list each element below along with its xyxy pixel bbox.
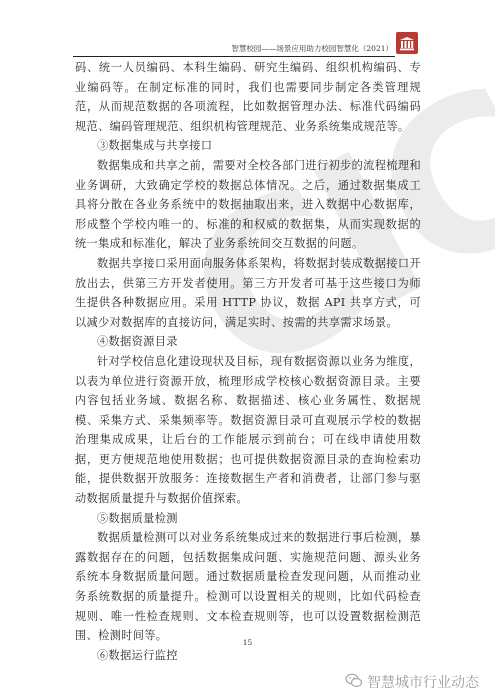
- paragraph: 针对学校信息化建设现状及目标，现有数据资源以业务为维度，以表为单位进行资源开放，…: [75, 352, 421, 509]
- document-body: 码、统一人员编码、本科生编码、研究生编码、组织机构编码、专业编码等。在制定标准的…: [75, 58, 421, 665]
- section-heading: ④数据资源目录: [75, 332, 421, 352]
- section-heading: ⑤数据质量检测: [75, 509, 421, 529]
- page-header: 智慧校园——场景应用助力校园智慧化（2021）: [73, 36, 395, 57]
- section-heading: ③数据集成与共享接口: [75, 136, 421, 156]
- page-number: 15: [0, 638, 495, 647]
- header-title: 智慧校园——场景应用助力校园智慧化（2021）: [231, 43, 393, 54]
- paragraph: 数据集成和共享之前，需要对全校各部门进行初步的流程梳理和业务调研，大致确定学校的…: [75, 156, 421, 254]
- paragraph: 数据质量检测可以对业务系统集成过来的数据进行事后检测，暴露数据存在的问题，包括数…: [75, 528, 421, 646]
- source-label: 智慧城市行业动态: [367, 672, 479, 692]
- institution-building-icon: [396, 32, 418, 54]
- section-heading: ⑥数据运行监控: [75, 646, 421, 666]
- paragraph: 码、统一人员编码、本科生编码、研究生编码、组织机构编码、专业编码等。在制定标准的…: [75, 58, 421, 136]
- paragraph: 数据共享接口采用面向服务体系架构，将数据封装成数据接口开放出去，供第三方开发者使…: [75, 254, 421, 332]
- source-watermark: 智慧城市行业动态: [345, 672, 479, 692]
- wechat-icon: [345, 673, 363, 692]
